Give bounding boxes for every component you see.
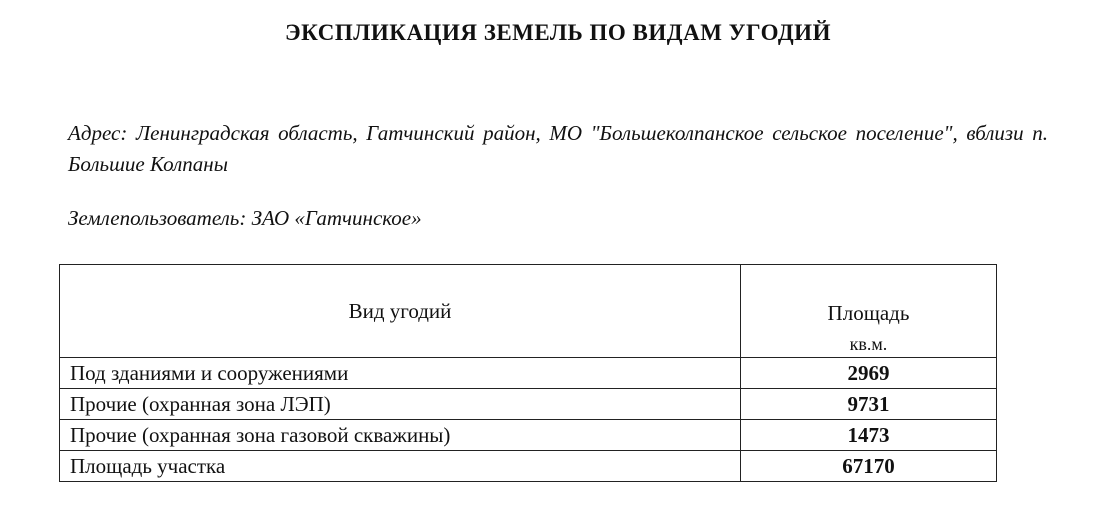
table-row: Прочие (охранная зона ЛЭП) 9731 bbox=[60, 389, 997, 420]
row-area: 9731 bbox=[741, 389, 997, 420]
table-header-row: Вид угодий Площадь кв.м. bbox=[60, 265, 997, 358]
land-explication-table: Вид угодий Площадь кв.м. Под зданиями и … bbox=[59, 264, 997, 482]
row-land-type: Прочие (охранная зона ЛЭП) bbox=[60, 389, 741, 420]
row-land-type: Площадь участка bbox=[60, 451, 741, 482]
header-area-label: Площадь bbox=[751, 301, 986, 326]
table-row-total: Площадь участка 67170 bbox=[60, 451, 997, 482]
table-row: Под зданиями и сооружениями 2969 bbox=[60, 358, 997, 389]
table-row: Прочие (охранная зона газовой скважины) … bbox=[60, 420, 997, 451]
row-area: 1473 bbox=[741, 420, 997, 451]
header-land-type: Вид угодий bbox=[60, 265, 741, 358]
document-title: ЭКСПЛИКАЦИЯ ЗЕМЕЛЬ ПО ВИДАМ УГОДИЙ bbox=[0, 20, 1116, 46]
row-land-type: Под зданиями и сооружениями bbox=[60, 358, 741, 389]
row-area: 67170 bbox=[741, 451, 997, 482]
row-land-type: Прочие (охранная зона газовой скважины) bbox=[60, 420, 741, 451]
header-area-unit: кв.м. bbox=[751, 334, 986, 355]
header-area: Площадь кв.м. bbox=[741, 265, 997, 358]
address-text: Адрес: Ленинградская область, Гатчинский… bbox=[68, 118, 1048, 180]
row-area: 2969 bbox=[741, 358, 997, 389]
land-user-text: Землепользователь: ЗАО «Гатчинское» bbox=[68, 206, 422, 231]
